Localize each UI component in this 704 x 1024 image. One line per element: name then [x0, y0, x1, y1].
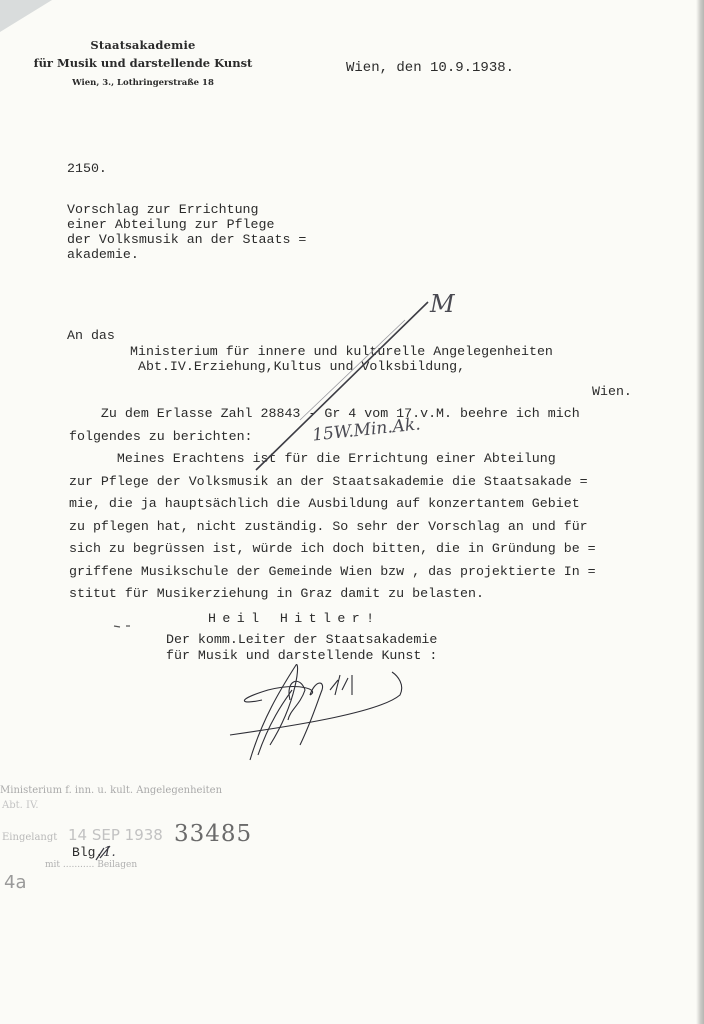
folio-number: 4a	[4, 872, 26, 893]
closing-signature-block: Der komm.Leiter der Staatsakademie für M…	[166, 632, 437, 664]
recipient-city: Wien.	[592, 381, 632, 404]
recipient-intro: An das	[67, 325, 115, 348]
registry-stamp-ministry: Ministerium f. inn. u. kult. Angelegenhe…	[0, 785, 222, 796]
enclosures-count: 1.	[103, 845, 115, 860]
enclosures-label-text: Blg.	[72, 845, 103, 860]
letterhead-subtitle: für Musik und darstellende Kunst	[28, 56, 258, 70]
registry-stamp-date: 14 SEP 1938	[68, 826, 163, 844]
signature-icon	[230, 665, 402, 760]
greeting: Heil Hitler!	[208, 608, 381, 631]
registry-stamp-department: Abt. IV.	[2, 800, 39, 811]
page-edge-shadow	[696, 0, 704, 1024]
handwritten-initial: M	[430, 290, 455, 318]
letterhead-address: Wien, 3., Lothringerstraße 18	[28, 78, 258, 88]
enclosures-label: Blg.1.	[72, 845, 116, 860]
registry-stamp-received-label: Eingelangt	[2, 832, 57, 843]
page-corner	[0, 0, 52, 32]
dateline: Wien, den 10.9.1938.	[346, 57, 514, 80]
reference-number: 2150.	[67, 158, 107, 181]
recipient-address: Ministerium für innere und kulturelle An…	[130, 344, 553, 374]
registry-stamp-enclosures: mit ........... Beilagen	[45, 860, 137, 870]
registry-stamp-number: 33485	[174, 821, 252, 847]
subject: Vorschlag zur Errichtung einer Abteilung…	[67, 202, 306, 262]
letterhead: Staatsakademie für Musik und darstellend…	[28, 38, 258, 88]
letterhead-institution: Staatsakademie	[28, 38, 258, 52]
